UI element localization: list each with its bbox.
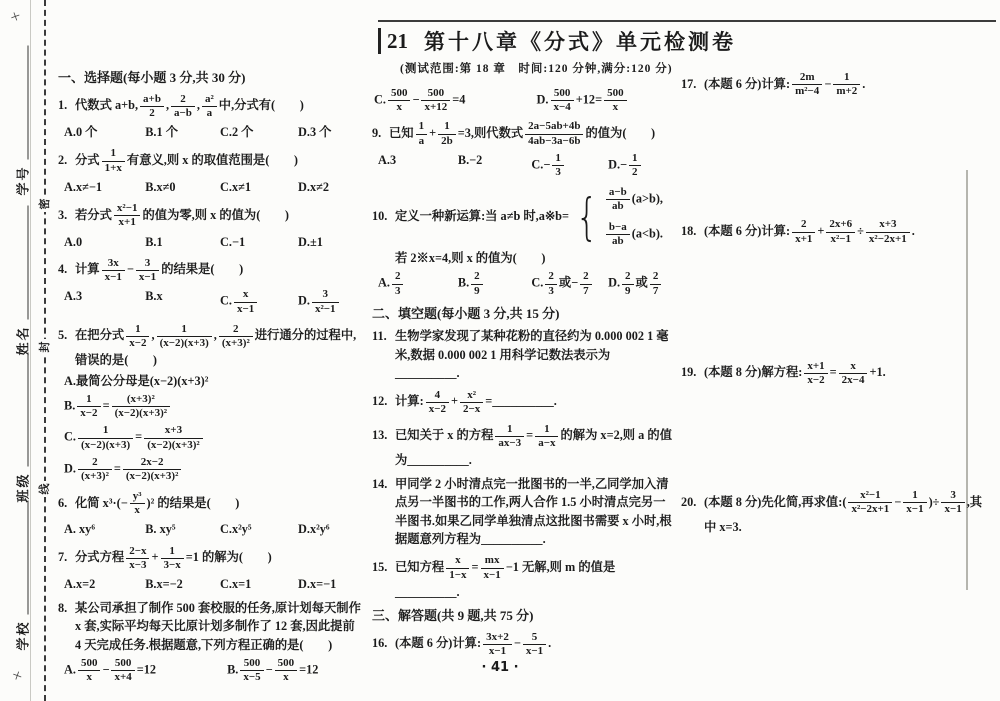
option-c: C.x²y⁵ <box>220 520 298 538</box>
question-body: 计算:4x−2+x²2−x=__________. <box>395 394 557 408</box>
options-row: A.x≠−1 B.x≠0 C.x≠1 D.x≠2 <box>64 178 363 196</box>
option-d: D.±1 <box>298 233 363 251</box>
fraction: 27 <box>650 270 662 297</box>
paper-title: 第十八章《分式》单元检测卷 <box>424 26 736 56</box>
question-body: 分式11+x有意义,则 x 的取值范围是( ) <box>75 153 298 167</box>
fraction: b−aab <box>606 221 630 248</box>
question-body: 已知1a+12b=3,则代数式2a−5ab+4b4ab−3a−6b的值为( ) <box>389 126 655 140</box>
option-b: B.1x−2=(x+3)²(x−2)(x+3)² <box>64 392 363 421</box>
question-body: 定义一种新运算:当 a≠b 时,a※b={a−bab(a>b),b−aab(a<… <box>395 209 665 265</box>
question-body: 已知方程x1−x=mxx−1−1 无解,则 m 的值是__________. <box>395 560 615 599</box>
fraction: 1a−x <box>535 423 558 450</box>
options-row: A.3 B.x C.xx−1 D.3x²−1 <box>64 287 363 316</box>
fraction: x²2−x <box>460 389 483 416</box>
seal-char-mi: 密 <box>38 196 52 212</box>
question-11: 11.生物学家发现了某种花粉的直径约为 0.000 002 1 毫米,数据 0.… <box>372 327 672 382</box>
question-17: 17.(本题 6 分)计算:2mm²−4−1m+2. <box>681 70 993 99</box>
options-row: A. xy⁶ B. xy⁵ C.x²y⁵ D.x²y⁶ <box>64 520 363 538</box>
question-number: 9. <box>372 124 389 142</box>
option-a: A.0 个 <box>64 123 145 141</box>
fraction: a²a <box>202 93 217 120</box>
fraction: 1m+2 <box>833 71 860 98</box>
option-d: D.x=−1 <box>298 575 363 593</box>
fraction: 3x−1 <box>941 489 964 516</box>
option-d: D.x²y⁶ <box>298 520 363 538</box>
question-number: 5. <box>58 326 75 344</box>
question-2: 2.分式11+x有意义,则 x 的取值范围是( ) A.x≠−1 B.x≠0 C… <box>58 146 363 196</box>
school-blank <box>28 501 29 615</box>
option-a: A. xy⁶ <box>64 520 145 538</box>
question-number: 19. <box>681 363 704 381</box>
lesson-number: 21 <box>387 29 408 54</box>
options-list: A.最简公分母是(x−2)(x+3)² B.1x−2=(x+3)²(x−2)(x… <box>64 372 363 485</box>
question-6: 6.化简 x³·(−y³x)² 的结果是( ) A. xy⁶ B. xy⁵ C.… <box>58 489 363 539</box>
question-number: 6. <box>58 494 75 512</box>
options-row: A.0 个 B.1 个 C.2 个 D.3 个 <box>64 123 363 141</box>
fraction: mxx−1 <box>481 554 504 581</box>
school-label: 学校 <box>13 620 32 650</box>
column-middle: C.500x−500x+12=4 D.500x−4+12=500x 9.已知1a… <box>372 84 672 664</box>
question-body: 代数式 a+b,a+b2,2a−b,a²a中,分式有( ) <box>75 98 304 112</box>
fraction: 2(x+3)² <box>78 456 112 483</box>
question-9: 9.已知1a+12b=3,则代数式2a−5ab+4b4ab−3a−6b的值为( … <box>372 119 672 180</box>
option-c: C.−13 <box>531 151 608 180</box>
question-number: 17. <box>681 75 704 93</box>
option-c: C.500x−500x+12=4 <box>374 86 537 115</box>
option-d: D.29或27 <box>608 269 672 298</box>
section-choice-heading: 一、选择题(每小题 3 分,共 30 分) <box>58 68 363 88</box>
question-number: 8. <box>58 599 75 617</box>
seal-char-feng: 封 <box>38 339 52 355</box>
student-id-field: 学号 <box>13 46 32 196</box>
fraction: 2(x+3)² <box>219 323 253 350</box>
option-c: C.xx−1 <box>220 287 298 316</box>
option-b: B. xy⁵ <box>145 520 220 538</box>
fraction: 5x−1 <box>523 631 546 658</box>
fraction: x²−1x²−2x+1 <box>848 489 892 516</box>
fraction: 500x+12 <box>421 87 450 114</box>
question-body: 生物学家发现了某种花粉的直径约为 0.000 002 1 毫米,数据 0.000… <box>395 329 669 380</box>
option-c: C.2 个 <box>220 123 298 141</box>
question-10: 10.定义一种新运算:当 a≠b 时,a※b={a−bab(a>b),b−aab… <box>372 185 672 299</box>
column-left: 一、选择题(每小题 3 分,共 30 分) 1.代数式 a+b,a+b2,2a−… <box>58 66 363 690</box>
question-number: 16. <box>372 634 395 652</box>
class-blank <box>28 353 29 467</box>
fraction: x2x−4 <box>839 360 868 387</box>
fraction: x+3x²−2x+1 <box>866 218 910 245</box>
question-5: 5.在把分式1x−2,1(x−2)(x+3),2(x+3)²进行通分的过程中,错… <box>58 322 363 484</box>
question-body: (本题 6 分)计算:2x+1+2x+6x²−1÷x+3x²−2x+1. <box>704 224 915 238</box>
option-d: D.3x²−1 <box>298 287 363 316</box>
fraction: x+1x−2 <box>804 360 827 387</box>
fraction: xx−1 <box>234 288 257 315</box>
fraction: 27 <box>580 270 592 297</box>
fraction: 1x−2 <box>126 323 149 350</box>
option-a: A.最简公分母是(x−2)(x+3)² <box>64 372 363 390</box>
question-number: 3. <box>58 206 75 224</box>
title-accent-bar <box>378 28 381 54</box>
option-c: C.x=1 <box>220 575 298 593</box>
question-16: 16.(本题 6 分)计算:3x+2x−1−5x−1. <box>372 630 672 659</box>
option-d: D.3 个 <box>298 123 363 141</box>
options-row: A.3 B.−2 C.−13 D.−12 <box>378 151 672 180</box>
question-number: 18. <box>681 222 704 240</box>
question-number: 12. <box>372 392 395 410</box>
class-field: 班级 <box>13 353 32 503</box>
question-15: 15.已知方程x1−x=mxx−1−1 无解,则 m 的值是__________… <box>372 553 672 601</box>
question-number: 20. <box>681 493 704 511</box>
fraction: 500x−4 <box>551 87 574 114</box>
question-body: 已知关于 x 的方程1ax−3=1a−x的解为 x=2,则 a 的值为_____… <box>395 428 672 467</box>
option-b: B.29 <box>458 269 532 298</box>
fraction: 1(x−2)(x+3) <box>157 323 212 350</box>
option-a: A.3 <box>64 287 145 316</box>
fraction: 23 <box>392 270 404 297</box>
question-8-options-cd: C.500x−500x+12=4 D.500x−4+12=500x <box>374 86 672 115</box>
fraction: 2x−2(x−2)(x+3)² <box>123 456 182 483</box>
option-b: B.1 <box>145 233 220 251</box>
question-body: (本题 8 分)先化简,再求值:(x²−1x²−2x+1−1x−1)÷3x−1,… <box>704 495 982 534</box>
question-18: 18.(本题 6 分)计算:2x+1+2x+6x²−1÷x+3x²−2x+1. <box>681 217 993 246</box>
piecewise-cases: {a−bab(a>b),b−aab(a<b). <box>571 185 663 249</box>
fraction: 4x−2 <box>426 389 449 416</box>
scissors-cut-icon: × <box>6 9 26 25</box>
fraction: 2x+6x²−1 <box>826 218 855 245</box>
option-b: B.x=−2 <box>145 575 220 593</box>
question-4: 4.计算3xx−1−3x−1的结果是( ) A.3 B.x C.xx−1 D.3… <box>58 256 363 317</box>
fraction: 23 <box>545 270 557 297</box>
question-body: 化简 x³·(−y³x)² 的结果是( ) <box>75 496 239 510</box>
option-b: B.−2 <box>458 151 532 180</box>
question-3: 3.若分式x²−1x+1的值为零,则 x 的值为( ) A.0 B.1 C.−1… <box>58 201 363 251</box>
question-1: 1.代数式 a+b,a+b2,2a−b,a²a中,分式有( ) A.0 个 B.… <box>58 92 363 142</box>
student-id-blank <box>28 46 29 160</box>
section-answer-heading: 三、解答题(共 9 题,共 75 分) <box>372 606 672 626</box>
option-d: D.2(x+3)²=2x−2(x−2)(x+3)² <box>64 455 363 484</box>
question-13: 13.已知关于 x 的方程1ax−3=1a−x的解为 x=2,则 a 的值为__… <box>372 422 672 470</box>
fraction: x1−x <box>446 554 469 581</box>
exam-paper-page: × × 学号 姓名 班级 学校 密 封 线 21 第十八章《分式》单元检测卷 (… <box>0 0 1000 701</box>
column-right: 17.(本题 6 分)计算:2mm²−4−1m+2. 18.(本题 6 分)计算… <box>681 70 993 541</box>
question-body: 某公司承担了制作 500 套校服的任务,原计划每天制作 x 套,实际平均每天比原… <box>75 601 361 652</box>
class-label: 班级 <box>13 472 32 502</box>
question-number: 10. <box>372 207 395 225</box>
fraction: 500x <box>388 87 411 114</box>
option-c: C.x≠1 <box>220 178 298 196</box>
option-a: A.0 <box>64 233 145 251</box>
option-b: B.1 个 <box>145 123 220 141</box>
paper-header: 21 第十八章《分式》单元检测卷 (测试范围:第 18 章 时间:120 分钟,… <box>378 20 996 76</box>
question-body: 在把分式1x−2,1(x−2)(x+3),2(x+3)²进行通分的过程中,错误的… <box>75 328 356 367</box>
name-label: 姓名 <box>13 325 32 355</box>
options-row: A.x=2 B.x=−2 C.x=1 D.x=−1 <box>64 575 363 593</box>
seal-char-xian: 线 <box>38 481 52 497</box>
option-d: D.500x−4+12=500x <box>537 86 672 115</box>
question-12: 12.计算:4x−2+x²2−x=__________. <box>372 388 672 417</box>
name-blank <box>28 206 29 320</box>
fraction: 29 <box>471 270 483 297</box>
question-number: 14. <box>372 475 395 493</box>
section-fill-heading: 二、填空题(每小题 3 分,共 15 分) <box>372 304 672 324</box>
fraction: 12 <box>629 152 641 179</box>
fraction: 13 <box>552 152 564 179</box>
question-20: 20.(本题 8 分)先化简,再求值:(x²−1x²−2x+1−1x−1)÷3x… <box>681 488 993 536</box>
fraction: 29 <box>622 270 634 297</box>
fraction: 500x <box>604 87 627 114</box>
question-body: 分式方程2−xx−3+13−x=1 的解为( ) <box>75 550 272 564</box>
question-number: 1. <box>58 96 75 114</box>
question-number: 15. <box>372 558 395 576</box>
fraction: 3x²−1 <box>312 288 339 315</box>
question-body: (本题 8 分)解方程:x+1x−2=x2x−4+1. <box>704 365 886 379</box>
option-a: A.3 <box>378 151 458 180</box>
fraction: 2a−b <box>171 93 195 120</box>
fraction: 1(x−2)(x+3) <box>78 424 133 451</box>
fraction: 13−x <box>161 545 184 572</box>
fraction: a−bab <box>606 186 630 213</box>
option-c: C.−1 <box>220 233 298 251</box>
fraction: 12b <box>438 120 456 147</box>
question-19: 19.(本题 8 分)解方程:x+1x−2=x2x−4+1. <box>681 359 993 388</box>
question-body: 甲同学 2 小时清点完一批图书的一半,乙同学加入清点另一半图书的工作,两人合作 … <box>395 477 672 546</box>
fraction: x+3(x−2)(x+3)² <box>144 424 203 451</box>
question-7: 7.分式方程2−xx−3+13−x=1 的解为( ) A.x=2 B.x=−2 … <box>58 544 363 594</box>
title-row: 21 第十八章《分式》单元检测卷 <box>378 26 996 56</box>
fraction: 2a−5ab+4b4ab−3a−6b <box>525 120 583 147</box>
fraction: 2mm²−4 <box>792 71 822 98</box>
question-number: 7. <box>58 548 75 566</box>
school-field: 学校 <box>13 501 32 651</box>
fraction: 1ax−3 <box>495 423 524 450</box>
question-number: 13. <box>372 426 395 444</box>
options-row: A.0 B.1 C.−1 D.±1 <box>64 233 363 251</box>
option-a: A.x=2 <box>64 575 145 593</box>
option-c: C.1(x−2)(x+3)=x+3(x−2)(x+3)² <box>64 423 363 452</box>
question-number: 11. <box>372 327 395 345</box>
fraction: a+b2 <box>140 93 164 120</box>
fraction: 3x+2x−1 <box>483 631 512 658</box>
question-14: 14.甲同学 2 小时清点完一批图书的一半,乙同学加入清点另一半图书的工作,两人… <box>372 475 672 549</box>
page-number: · 41 · <box>0 660 1000 675</box>
option-a: A.x≠−1 <box>64 178 145 196</box>
fraction: 1x−1 <box>903 489 926 516</box>
fraction: 11+x <box>102 147 125 174</box>
question-body: (本题 6 分)计算:2mm²−4−1m+2. <box>704 77 865 91</box>
fraction: 2−xx−3 <box>126 545 149 572</box>
option-b: B.x≠0 <box>145 178 220 196</box>
question-body: 计算3xx−1−3x−1的结果是( ) <box>75 262 243 276</box>
question-body: 若分式x²−1x+1的值为零,则 x 的值为( ) <box>75 208 289 222</box>
fraction: x²−1x+1 <box>114 202 141 229</box>
options-row: A.23 B.29 C.23或−27 D.29或27 <box>378 269 672 298</box>
student-id-label: 学号 <box>13 165 32 195</box>
fraction: (x+3)²(x−2)(x+3)² <box>112 393 171 420</box>
fraction: 3xx−1 <box>102 257 125 284</box>
option-d: D.−12 <box>608 151 672 180</box>
option-d: D.x≠2 <box>298 178 363 196</box>
fraction: 3x−1 <box>136 257 159 284</box>
question-number: 4. <box>58 260 75 278</box>
option-a: A.23 <box>378 269 458 298</box>
fraction: y³x <box>130 490 145 517</box>
question-number: 2. <box>58 151 75 169</box>
question-body: (本题 6 分)计算:3x+2x−1−5x−1. <box>395 636 551 650</box>
name-field: 姓名 <box>13 206 32 356</box>
fraction: 1x−2 <box>77 393 100 420</box>
fraction: 2x+1 <box>792 218 815 245</box>
fraction: 1a <box>416 120 428 147</box>
option-b: B.x <box>145 287 220 316</box>
option-c: C.23或−27 <box>531 269 608 298</box>
